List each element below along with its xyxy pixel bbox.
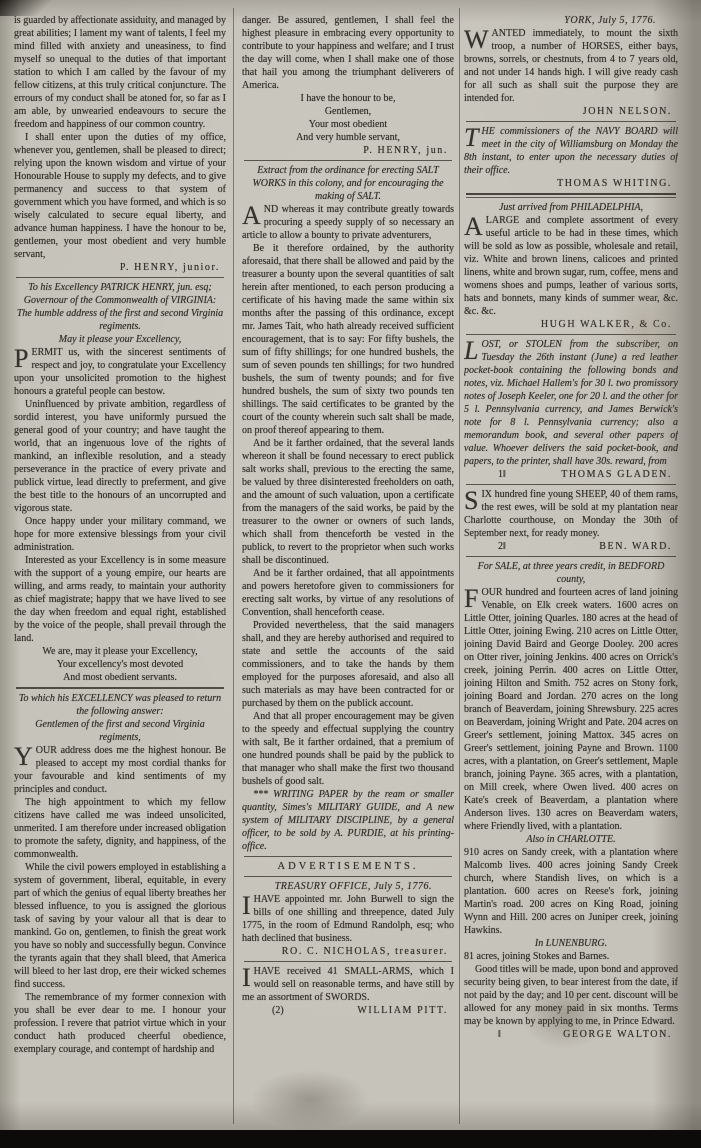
column-left: is guarded by affectionate assiduity, an… — [14, 14, 226, 1128]
article-paragraph: FOUR hundred and fourteen acres of land … — [464, 586, 678, 833]
article-paragraph: PERMIT us, with the sincerest sentiments… — [14, 346, 226, 398]
section-heading: Also in CHARLOTTE. — [464, 833, 678, 846]
centered-line: Your excellency's most devoted — [14, 658, 226, 671]
column-middle: danger. Be assured, gentlemen, I shall f… — [242, 14, 454, 1128]
signature-name: P. HENRY, junior. — [120, 262, 220, 273]
article-paragraph: And be it farther ordained, that the sev… — [242, 437, 454, 567]
column-right: YORK, July 5, 1776.WANTED immediately, t… — [464, 14, 678, 1128]
insertion-mark: 2‖ — [498, 540, 506, 553]
drop-cap: S — [464, 488, 481, 513]
article-paragraph: And that all proper encouragement may be… — [242, 710, 454, 788]
section-rule — [16, 277, 224, 278]
newspaper-page: is guarded by affectionate assiduity, an… — [0, 0, 701, 1148]
article-paragraph: Provided nevertheless, that the said man… — [242, 619, 454, 710]
signature-line: RO. C. NICHOLAS, treasurer. — [242, 945, 454, 958]
signature-name: THOMAS WHITING. — [557, 178, 672, 189]
centered-line: And very humble servant, — [242, 131, 454, 144]
article-paragraph: Interested as your Excellency is in some… — [14, 554, 226, 645]
paragraph-text: OUR hundred and fourteen acres of land j… — [464, 587, 678, 832]
drop-cap: Y — [14, 744, 36, 769]
section-rule — [466, 484, 676, 485]
signature-name: BEN. WARD. — [599, 540, 672, 553]
signature-line: JOHN NELSON. — [464, 105, 678, 118]
signature-line: 2‖BEN. WARD. — [464, 540, 678, 553]
paragraph-text: ND whereas it may contribute greatly tow… — [242, 204, 454, 241]
signature-line: P. HENRY, junior. — [14, 261, 226, 274]
centered-line: Gentlemen, — [242, 105, 454, 118]
paragraph-text: HAVE appointed mr. John Burwell to sign … — [242, 894, 454, 944]
drop-cap: T — [464, 125, 481, 150]
signature-name: RO. C. NICHOLAS, treasurer. — [282, 946, 448, 957]
drop-cap: A — [242, 203, 264, 228]
centered-line: ADVERTISEMENTS. — [242, 860, 454, 873]
signature-name: JOHN NELSON. — [583, 106, 672, 117]
page-corner-shadow — [0, 0, 60, 16]
article-paragraph: IHAVE appointed mr. John Burwell to sign… — [242, 893, 454, 945]
drop-cap: W — [464, 27, 492, 52]
drop-cap: I — [242, 965, 254, 990]
drop-cap: L — [464, 338, 481, 363]
signature-name: HUGH WALKER, & Co. — [541, 319, 672, 330]
article-paragraph: Good titles will be made, upon bond and … — [464, 963, 678, 1028]
centered-line: Your most obedient — [242, 118, 454, 131]
article-paragraph: 81 acres, joining Stokes and Barnes. — [464, 950, 678, 963]
section-heading: Just arrived from PHILADELPHIA, — [464, 201, 678, 214]
paragraph-text: HAVE received 41 SMALL-ARMS, which I wou… — [242, 966, 454, 1003]
section-heading: Extract from the ordinance for erecting … — [242, 164, 454, 203]
paragraph-text: IX hundred fine young SHEEP, 40 of them … — [464, 489, 678, 539]
article-paragraph: Uninfluenced by private ambition, regard… — [14, 398, 226, 515]
drop-cap: I — [242, 893, 254, 918]
section-heading: The humble address of the first and seco… — [14, 307, 226, 333]
section-rule — [466, 556, 676, 557]
article-paragraph: is guarded by affectionate assiduity, an… — [14, 14, 226, 131]
column-footer: (2)WILLIAM PITT. — [242, 1004, 454, 1017]
signature-line: ‖GEORGE WALTON. — [464, 1028, 678, 1041]
signature-name: WILLIAM PITT. — [357, 1004, 448, 1017]
article-paragraph: The remembrance of my former connexion w… — [14, 991, 226, 1056]
signature-mark: (2) — [272, 1004, 284, 1017]
section-rule — [466, 121, 676, 122]
drop-cap: A — [464, 214, 486, 239]
dateline: TREASURY OFFICE, July 5, 1776. — [242, 880, 454, 893]
article-paragraph: *** WRITING PAPER by the ream or smaller… — [242, 788, 454, 853]
signature-name: GEORGE WALTON. — [563, 1028, 672, 1041]
signature-line: THOMAS WHITING. — [464, 177, 678, 190]
section-heading: For SALE, at three years credit, in BEDF… — [464, 560, 678, 586]
section-rule — [244, 876, 452, 877]
article-paragraph: SIX hundred fine young SHEEP, 40 of them… — [464, 488, 678, 540]
article-paragraph: AND whereas it may contribute greatly to… — [242, 203, 454, 242]
article-paragraph: WANTED immediately, to mount the sixth t… — [464, 27, 678, 105]
article-paragraph: And be it farther ordained, that all app… — [242, 567, 454, 619]
section-heading: To which his EXCELLENCY was pleased to r… — [14, 692, 226, 718]
paragraph-text: HE commissioners of the NAVY BOARD will … — [464, 126, 678, 176]
signature-name: P. HENRY, jun. — [363, 145, 448, 156]
article-paragraph: While the civil powers employed in estab… — [14, 861, 226, 991]
article-paragraph: THE commissioners of the NAVY BOARD will… — [464, 125, 678, 177]
article-paragraph: The high appointment to which my fellow … — [14, 796, 226, 861]
article-paragraph: IHAVE received 41 SMALL-ARMS, which I wo… — [242, 965, 454, 1004]
section-rule — [16, 687, 224, 689]
article-paragraph: I shall enter upon the duties of my offi… — [14, 131, 226, 261]
column-divider-rule — [233, 8, 234, 1124]
section-rule — [244, 856, 452, 857]
article-paragraph: Be it therefore ordained, by the authori… — [242, 242, 454, 437]
article-paragraph: Once happy under your military command, … — [14, 515, 226, 554]
drop-cap: F — [464, 586, 481, 611]
section-rule — [244, 160, 452, 161]
drop-cap: P — [14, 346, 31, 371]
paragraph-text: ERMIT us, with the sincerest sentiments … — [14, 347, 226, 397]
article-paragraph: danger. Be assured, gentlemen, I shall f… — [242, 14, 454, 92]
signature-name: THOMAS GLADEN. — [561, 468, 672, 481]
section-rule — [244, 961, 452, 962]
section-rule — [466, 334, 676, 335]
article-paragraph: 910 acres on Sandy creek, with a plantat… — [464, 846, 678, 937]
paragraph-text: ANTED immediately, to mount the sixth tr… — [464, 28, 678, 104]
column-divider-rule — [459, 8, 460, 1124]
insertion-mark: ‖ — [498, 1028, 501, 1041]
section-rule — [466, 193, 676, 198]
centered-line: I have the honour to be, — [242, 92, 454, 105]
signature-line: HUGH WALKER, & Co. — [464, 318, 678, 331]
centered-line: And most obedient servants. — [14, 671, 226, 684]
section-heading: To his Excellency PATRICK HENRY, jun. es… — [14, 281, 226, 307]
section-heading: Gentlemen of the first and second Virgin… — [14, 718, 226, 744]
page-bottom-edge — [0, 1130, 701, 1148]
centered-line: We are, may it please your Excellency, — [14, 645, 226, 658]
article-paragraph: ALARGE and complete assortment of every … — [464, 214, 678, 318]
insertion-mark: 1‖ — [498, 468, 506, 481]
article-paragraph: YOUR address does me the highest honour.… — [14, 744, 226, 796]
section-heading: May it please your Excellency, — [14, 333, 226, 346]
paragraph-text: LARGE and complete assortment of every u… — [464, 215, 678, 317]
article-paragraph: LOST, or STOLEN from the subscriber, on … — [464, 338, 678, 468]
signature-line: 1‖THOMAS GLADEN. — [464, 468, 678, 481]
paragraph-text: OST, or STOLEN from the subscriber, on T… — [464, 339, 678, 467]
paragraph-text: OUR address does me the highest honour. … — [14, 745, 226, 795]
section-heading: In LUNENBURG. — [464, 937, 678, 950]
dateline: YORK, July 5, 1776. — [464, 14, 678, 27]
signature-line: P. HENRY, jun. — [242, 144, 454, 157]
